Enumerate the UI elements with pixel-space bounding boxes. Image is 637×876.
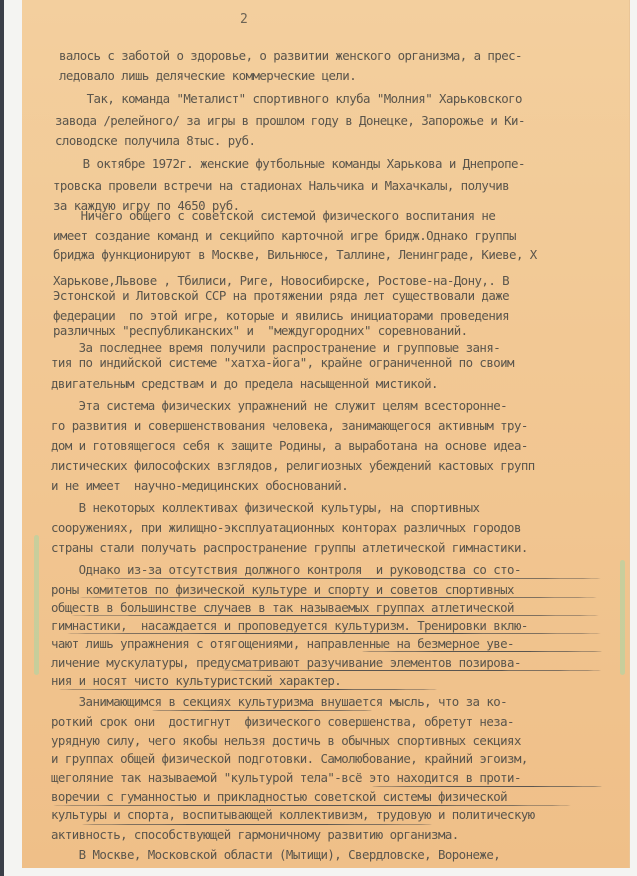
text-line: воречии с гуманностью и прикладностью со… bbox=[51, 789, 507, 805]
text-line: В октябре 1972г. женские футбольные кома… bbox=[55, 156, 525, 172]
text-line: В некоторых коллективах физической культ… bbox=[51, 500, 479, 516]
text-line: ния и носят чисто культуристский характе… bbox=[51, 673, 341, 689]
margin-bracket-left bbox=[34, 535, 39, 675]
text-line: роткий срок они достигнут физического со… bbox=[51, 714, 514, 730]
text-line: чают лишь упражнения с отягощениями, нап… bbox=[51, 636, 514, 652]
text-line: тия по индийской системе "хатха-йога", к… bbox=[51, 355, 514, 371]
text-line: имеет создание команд и секцийпо карточн… bbox=[53, 228, 516, 244]
handwritten-underline bbox=[52, 805, 572, 806]
text-line: В Москве, Московской области (Мытищи), С… bbox=[51, 847, 500, 863]
text-line: гимнастики, насаждается и проповедуется … bbox=[51, 618, 528, 634]
margin-bracket-right bbox=[620, 560, 625, 675]
text-line: ледовало лишь деляческие коммерческие це… bbox=[59, 68, 356, 84]
text-line: За последнее время получили распростране… bbox=[51, 340, 500, 356]
text-line: Так, команда "Металист" спортивного клуб… bbox=[59, 91, 522, 107]
text-line: сооружениях, при жилищно-эксплуатационны… bbox=[51, 520, 521, 536]
text-line: урядную силу, чего якобы нельзя достичь … bbox=[51, 733, 521, 749]
text-line: личение мускулатуры, предусматривают раз… bbox=[51, 655, 521, 671]
text-line: Эстонской и Литовской ССР на протяжении … bbox=[53, 288, 509, 304]
handwritten-underline bbox=[362, 651, 602, 652]
handwritten-underline bbox=[70, 615, 600, 616]
handwritten-underline bbox=[82, 824, 432, 825]
text-line: различных "республиканских" и "междугоро… bbox=[53, 323, 468, 339]
handwritten-underline bbox=[152, 710, 372, 711]
text-line: щеголяние так называемой "культурой тела… bbox=[51, 770, 521, 786]
text-line: и группах общей физической подготовки. С… bbox=[51, 751, 528, 767]
text-line: культуры и спорта, воспитывающей коллект… bbox=[51, 807, 535, 823]
handwritten-underline bbox=[78, 597, 598, 598]
text-line: тровска провели встречи на стадионах Нал… bbox=[53, 178, 509, 194]
text-line: го развития и совершенствования человека… bbox=[51, 418, 528, 434]
text-line: Ничего общего с советской системой физич… bbox=[53, 208, 495, 224]
handwritten-underline bbox=[222, 670, 602, 671]
text-line: завода /релейного/ за игры в прошлом год… bbox=[55, 113, 525, 129]
text-line: роны комитетов по физической культуре и … bbox=[51, 582, 514, 598]
scan-edge bbox=[0, 0, 4, 876]
text-line: Занимающимся в секциях культуризма внуша… bbox=[51, 694, 507, 710]
text-line: активность, способствующей гармоничному … bbox=[51, 827, 459, 843]
text-line: дом и готовящегося себя к защите Родины,… bbox=[51, 438, 528, 454]
text-line: Однако из-за отсутствия должного контрол… bbox=[51, 562, 521, 578]
text-line: обществ в большинстве случаев в так назы… bbox=[51, 600, 514, 616]
text-line: Эта система физических упражнений не слу… bbox=[51, 398, 507, 414]
text-line: Харькове,Львове , Тбилиси, Риге, Новосиб… bbox=[53, 273, 509, 289]
handwritten-underline bbox=[58, 689, 438, 690]
handwritten-underline bbox=[372, 786, 602, 787]
handwritten-underline bbox=[66, 633, 602, 634]
text-line: листических философских взглядов, религи… bbox=[51, 458, 535, 474]
text-line: двигательным средствам и до предела насы… bbox=[51, 376, 438, 392]
text-line: бриджа функционируют в Москве, Вильнюсе,… bbox=[53, 247, 537, 263]
text-line: федерации по этой игре, которые и явилис… bbox=[53, 308, 509, 324]
text-line: страны стали получать распространение гр… bbox=[51, 540, 528, 556]
text-line: словодске получила 8тыс. руб. bbox=[55, 133, 255, 149]
document-page: 2 валось с заботой о здоровье, о развити… bbox=[22, 0, 629, 868]
page-number: 2 bbox=[240, 12, 248, 27]
handwritten-underline bbox=[102, 578, 602, 579]
text-line: и не имеет научно-медицинских обосновани… bbox=[51, 478, 348, 494]
text-line: валось с заботой о здоровье, о развитии … bbox=[59, 48, 522, 64]
